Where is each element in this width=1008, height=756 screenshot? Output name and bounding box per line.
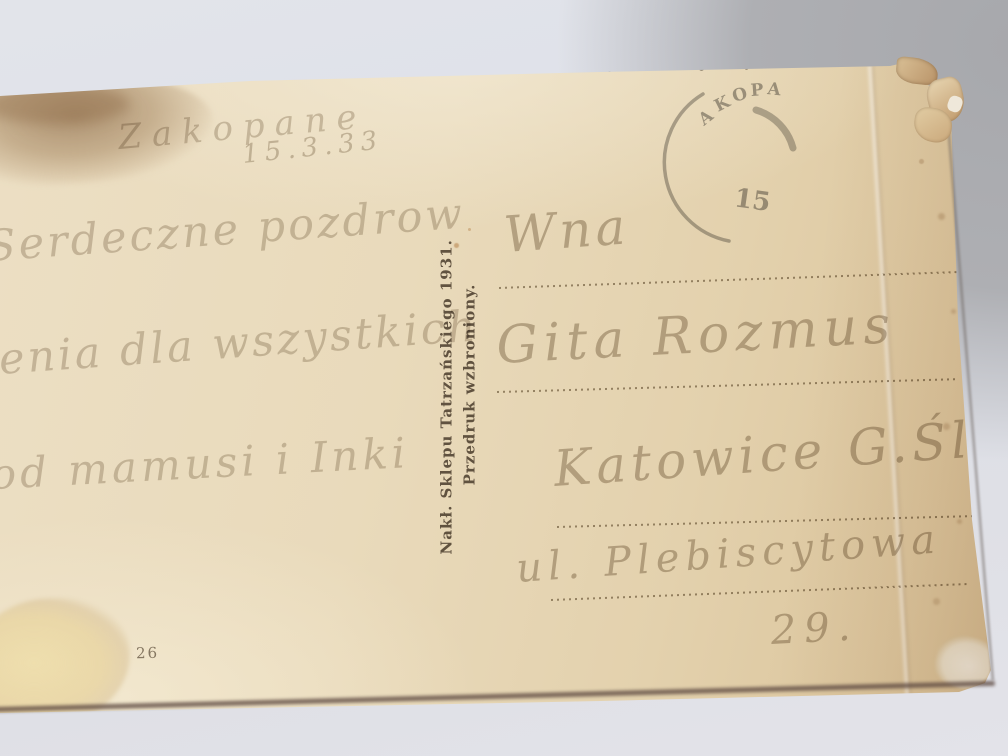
publisher-imprint-line-2: Przedruk wzbroniony. [458,215,481,555]
foxing-specks [0,0,3,3]
handwritten-message-line-1: Serdeczne pozdrow [0,189,467,272]
postmark-day: 15 [732,183,772,218]
handwritten-addressee-name: Gita Rozmus [495,295,898,376]
postcard: Zakopane 15.3.33 Serdeczne pozdrow ienia… [0,0,1008,756]
postmark-stamp: A K O P A 15 [638,70,868,270]
handwritten-address-number: 29. [770,603,860,654]
handwritten-message-line-2: ienia dla wszystkich [0,301,480,386]
postmark-inner-arc [756,110,793,148]
card-number: 26 [136,644,159,662]
handwritten-address-city: Katowice G.Śl. [552,409,995,498]
handwritten-message-line-3: od mamusi i Inki [0,428,410,499]
handwritten-address-street: ul. Plebiscytowa [515,516,943,592]
postmark-letter: P [750,80,764,101]
address-rule-1 [499,271,967,289]
publisher-imprint: Nakł. Sklepu Tatrzańskiego 1931. Przedru… [436,215,481,555]
postmark-letter: A [694,106,718,131]
postmark-letter: A [765,79,782,100]
postmark-letter: O [730,84,750,107]
photo-backdrop: Zakopane 15.3.33 Serdeczne pozdrow ienia… [0,0,1008,756]
handwritten-addressee-title: Wna [502,197,631,264]
postmark-letter: K [711,91,734,116]
publisher-imprint-line-1: Nakł. Sklepu Tatrzańskiego 1931. [436,215,459,555]
